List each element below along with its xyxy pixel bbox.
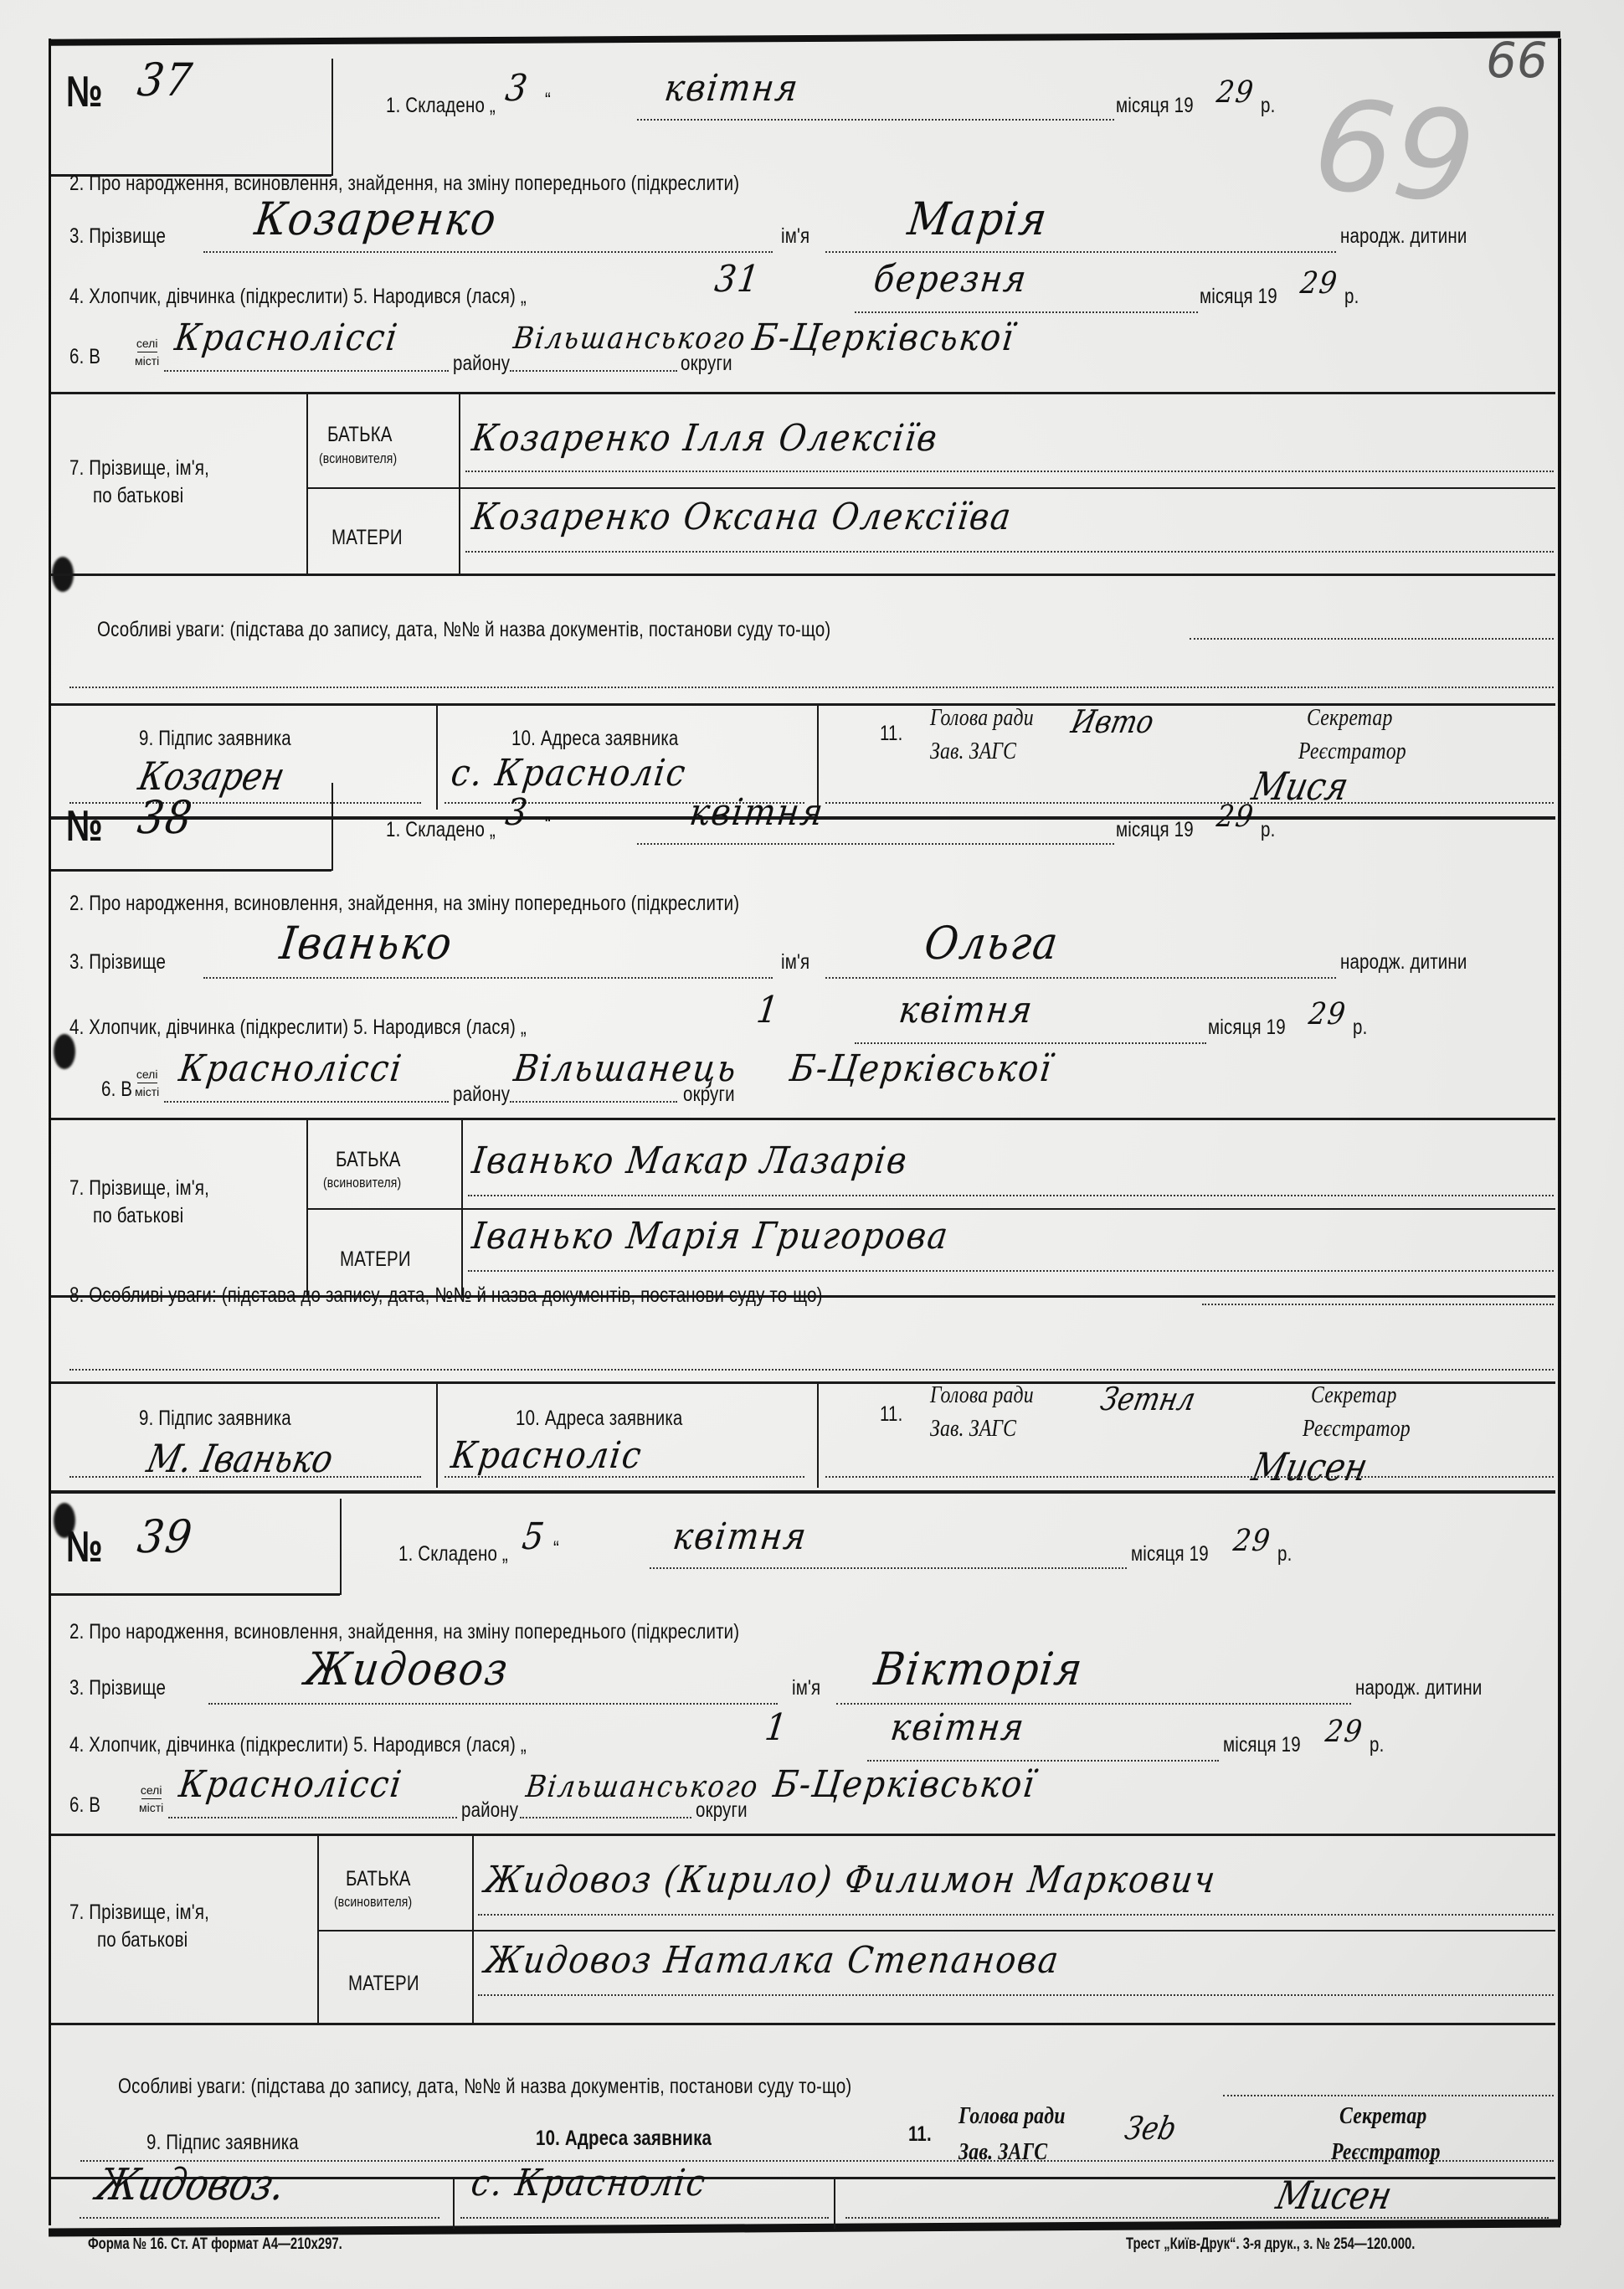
- record-number-sign: №: [66, 67, 102, 117]
- applicant-address: Красноліс: [449, 1434, 645, 1477]
- dotted-line: [164, 370, 449, 372]
- notes-label: 8. Особливі уваги: (підстава до запису, …: [69, 1283, 823, 1308]
- sex-birthdate-label: 4. Хлопчик, дівчинка (підкреслити) 5. На…: [69, 285, 527, 309]
- dotted-line: [460, 2217, 829, 2219]
- parents-divider: [306, 394, 308, 574]
- okrug-label: округи: [683, 1083, 735, 1107]
- village-value: Красноліссі: [177, 1763, 405, 1806]
- item-11-label: 11.: [908, 2122, 932, 2147]
- parents-label-line2: по батькові: [93, 484, 183, 508]
- secretary-label: Секретар: [1339, 2103, 1426, 2130]
- district-label: району: [453, 352, 510, 376]
- okrug-value: Б-Церківської: [771, 1763, 1038, 1806]
- record-39: № 39 1. Складено „ 5 “ квітня місяця 19 …: [51, 1499, 1555, 2227]
- compiled-month: квітня: [662, 67, 801, 110]
- year-suffix: р.: [1353, 1016, 1367, 1040]
- notes-line: [69, 1369, 1554, 1371]
- compiled-label: 1. Складено „: [398, 1542, 508, 1566]
- item-11-label: 11.: [880, 722, 902, 746]
- footer-divider: [453, 2178, 455, 2229]
- record-number-sign: №: [66, 1522, 102, 1572]
- record-number: 38: [135, 791, 196, 844]
- birth-month: квітня: [897, 989, 1036, 1031]
- registration-type-label: 2. Про народження, всиновлення, знайденн…: [69, 892, 739, 916]
- parents-divider: [459, 394, 460, 574]
- birth-day: 31: [712, 258, 763, 301]
- year-suffix: р.: [1261, 818, 1275, 842]
- dotted-line: [637, 843, 1114, 845]
- born-child-label: народж. дитини: [1340, 224, 1467, 249]
- dotted-line: [650, 1567, 1127, 1569]
- applicant-signature-label: 9. Підпис заявника: [146, 2131, 299, 2155]
- form-number-footer: Форма № 16. Ст. АТ формат А4—210х297.: [88, 2235, 342, 2254]
- mother-name: Іванько Марія Григорова: [470, 1215, 952, 1258]
- compiled-year: 29: [1231, 1524, 1273, 1558]
- name-label: ім'я: [781, 950, 809, 975]
- registrar-label: Реєстратор: [1331, 2139, 1441, 2166]
- parents-label-line2: по батькові: [93, 1204, 183, 1228]
- in-label: 6. В: [101, 1078, 132, 1102]
- quote: “: [545, 89, 551, 113]
- compiled-label: 1. Складено „: [386, 818, 496, 842]
- row-divider: [317, 1930, 1555, 1932]
- sex-birthdate-label: 4. Хлопчик, дівчинка (підкреслити) 5. На…: [69, 1016, 527, 1040]
- section-divider: [51, 574, 1555, 576]
- secretary-label: Секретар: [1307, 705, 1393, 732]
- dotted-line: [69, 1476, 421, 1478]
- birth-day: 1: [754, 989, 782, 1031]
- mother-label: МАТЕРИ: [331, 526, 403, 550]
- applicant-address-label: 10. Адреса заявника: [511, 727, 678, 751]
- dotted-line: [855, 311, 1198, 313]
- dotted-line: [468, 1270, 1554, 1272]
- okrug-label: округи: [681, 352, 732, 376]
- name-label: ім'я: [781, 224, 809, 249]
- child-surname: Жидовоз: [302, 1643, 512, 1695]
- father-name: Іванько Макар Лазарів: [470, 1139, 911, 1182]
- in-label: 6. В: [69, 1793, 100, 1818]
- record-separator: [51, 1490, 1555, 1494]
- compiled-year: 29: [1215, 800, 1257, 834]
- zags-head-label: Зав. ЗАГС: [930, 1416, 1016, 1443]
- dotted-line: [465, 551, 1554, 553]
- year-suffix: р.: [1344, 285, 1359, 309]
- dotted-line: [825, 977, 1336, 979]
- dotted-line: [468, 1195, 1554, 1196]
- dotted-line: [510, 1101, 677, 1103]
- notes-label: Особливі уваги: (підстава до запису, дат…: [97, 618, 830, 642]
- village-value: Красноліссі: [172, 316, 401, 359]
- born-child-label: народж. дитини: [1340, 950, 1467, 975]
- village-city-fraction: селімісті: [139, 1783, 163, 1814]
- dotted-line: [1190, 638, 1554, 640]
- father-name: Жидовоз (Кирило) Филимон Маркович: [482, 1859, 1219, 1901]
- section-divider: [51, 1118, 1555, 1120]
- applicant-address: с. Красноліс: [469, 2162, 709, 2204]
- dotted-line: [836, 1703, 1351, 1705]
- dotted-line: [867, 1760, 1219, 1762]
- registrar-signature: Мисен: [1272, 2173, 1395, 2218]
- record-number-sign: №: [66, 801, 102, 851]
- dotted-line: [637, 119, 1114, 121]
- mother-label: МАТЕРИ: [348, 1972, 419, 1996]
- surname-label: 3. Прізвище: [69, 224, 166, 249]
- head-council-label: Голова ради: [958, 2103, 1066, 2130]
- section-divider: [51, 1834, 1555, 1836]
- child-surname: Іванько: [277, 917, 456, 970]
- record-number: 37: [135, 54, 196, 106]
- document-page: 69 66 № 37 1. Складено „ 3 “ квітня міся…: [0, 0, 1624, 2289]
- district-value: Вільшанського: [511, 321, 748, 356]
- dotted-line: [825, 251, 1336, 253]
- dotted-line: [168, 1817, 457, 1818]
- footer-divider: [834, 2178, 835, 2229]
- mother-name: Козаренко Оксана Олексіїва: [470, 496, 1015, 538]
- dotted-line: [845, 2217, 1549, 2219]
- sex-birthdate-label: 4. Хлопчик, дівчинка (підкреслити) 5. На…: [69, 1733, 527, 1757]
- adopter-label: (всиновителя): [323, 1175, 401, 1191]
- number-box-divider: [331, 783, 333, 871]
- compiled-year: 29: [1215, 75, 1257, 110]
- row-divider: [306, 1208, 1555, 1210]
- father-label: БАТЬКА: [327, 423, 393, 447]
- zags-head-label: Зав. ЗАГС: [930, 738, 1016, 765]
- zags-head-label: Зав. ЗАГС: [958, 2139, 1047, 2166]
- month-year-label: місяця 19: [1208, 1016, 1286, 1040]
- applicant-signature: Жидовоз.: [92, 2160, 290, 2210]
- month-year-label: місяця 19: [1131, 1542, 1209, 1566]
- child-first-name: Ольга: [922, 917, 1062, 970]
- number-box-divider: [331, 59, 333, 176]
- mother-label: МАТЕРИ: [340, 1247, 411, 1272]
- dotted-line: [478, 1914, 1554, 1916]
- child-first-name: Вікторія: [871, 1643, 1087, 1695]
- month-year-label: місяця 19: [1223, 1733, 1301, 1757]
- birth-day: 1: [763, 1706, 790, 1749]
- head-signature: Зеb: [1122, 2110, 1179, 2147]
- row-divider: [306, 487, 1555, 489]
- head-council-label: Голова ради: [930, 1382, 1034, 1409]
- birth-month: квітня: [888, 1706, 1027, 1749]
- village-city-fraction: селімісті: [135, 1067, 159, 1098]
- head-council-label: Голова ради: [930, 705, 1034, 732]
- father-label: БАТЬКА: [346, 1867, 411, 1891]
- footer-divider: [817, 1383, 819, 1488]
- year-suffix: р.: [1277, 1542, 1292, 1566]
- year-suffix: р.: [1370, 1733, 1384, 1757]
- compiled-day: 3: [503, 791, 531, 834]
- okrug-value: Б-Церківської: [788, 1047, 1055, 1090]
- birth-year: 29: [1307, 997, 1349, 1031]
- district-label: району: [461, 1798, 518, 1823]
- dotted-line: [1202, 1304, 1554, 1305]
- compiled-month: квітня: [687, 791, 826, 834]
- birth-year: 29: [1298, 266, 1340, 301]
- in-label: 6. В: [69, 345, 100, 369]
- dotted-line: [208, 1703, 778, 1705]
- quote: “: [545, 813, 551, 837]
- registrar-signature: Мисен: [1248, 1444, 1371, 1489]
- printer-footer: Трест „Київ-Друк“. 3-я друк., з. № 254—1…: [1126, 2235, 1415, 2254]
- okrug-value: Б-Церківської: [750, 316, 1017, 359]
- registrar-label: Реєстратор: [1303, 1416, 1411, 1443]
- number-box-bottom: [51, 869, 331, 872]
- surname-label: 3. Прізвище: [69, 1676, 166, 1700]
- village-city-fraction: селімісті: [135, 337, 159, 368]
- month-year-label: місяця 19: [1116, 818, 1194, 842]
- item-11-label: 11.: [880, 1402, 902, 1427]
- district-label: району: [453, 1083, 510, 1107]
- record-number: 39: [135, 1510, 196, 1563]
- month-year-label: місяця 19: [1200, 285, 1277, 309]
- compiled-day: 3: [503, 67, 531, 110]
- registrar-label: Реєстратор: [1298, 738, 1406, 765]
- notes-label: Особливі уваги: (підстава до запису, дат…: [118, 2075, 851, 2099]
- dotted-line: [164, 1101, 449, 1103]
- section-divider: [51, 392, 1555, 394]
- adopter-label: (всиновителя): [334, 1894, 412, 1911]
- head-signature: Зетнл: [1097, 1381, 1199, 1417]
- dotted-line: [478, 1994, 1554, 1996]
- registration-type-label: 2. Про народження, всиновлення, знайденн…: [69, 1620, 739, 1644]
- dotted-line: [855, 1042, 1206, 1044]
- applicant-signature: М. Іванько: [143, 1436, 337, 1481]
- parents-divider: [461, 1119, 463, 1295]
- birth-year: 29: [1323, 1715, 1365, 1749]
- mother-name: Жидовоз Наталка Степанова: [482, 1939, 1062, 1982]
- dotted-line: [445, 1476, 804, 1478]
- child-first-name: Марія: [905, 193, 1051, 245]
- compiled-label: 1. Складено „: [386, 94, 496, 118]
- head-signature: Ивто: [1068, 703, 1157, 740]
- section-divider: [51, 2023, 1555, 2025]
- dotted-line: [80, 2217, 439, 2219]
- parents-label: 7. Прізвище, ім'я,: [69, 456, 209, 481]
- dotted-line: [825, 1476, 1554, 1478]
- record-37: № 37 1. Складено „ 3 “ квітня місяця 19 …: [51, 42, 1555, 779]
- parents-label: 7. Прізвище, ім'я,: [69, 1176, 209, 1201]
- record-38: № 38 1. Складено „ 3 “ квітня місяця 19 …: [51, 783, 1555, 1499]
- father-label: БАТЬКА: [336, 1148, 401, 1172]
- secretary-label: Секретар: [1311, 1382, 1397, 1409]
- number-box-divider: [340, 1499, 342, 1595]
- dotted-line: [510, 370, 677, 372]
- applicant-address-label: 10. Адреса заявника: [536, 2127, 712, 2151]
- surname-label: 3. Прізвище: [69, 950, 166, 975]
- parents-label-line2: по батькові: [97, 1928, 188, 1952]
- compiled-month: квітня: [671, 1515, 809, 1558]
- dotted-line: [1223, 2095, 1554, 2096]
- dotted-line: [203, 251, 773, 253]
- dotted-line: [203, 977, 773, 979]
- dotted-line: [520, 1817, 691, 1818]
- applicant-signature-label: 9. Підпис заявника: [139, 1407, 291, 1431]
- dotted-line: [465, 471, 1554, 472]
- notes-line: [69, 687, 1554, 688]
- year-suffix: р.: [1261, 94, 1275, 118]
- child-surname: Козаренко: [252, 193, 501, 245]
- compiled-day: 5: [520, 1515, 547, 1558]
- name-label: ім'я: [792, 1676, 820, 1700]
- month-year-label: місяця 19: [1116, 94, 1194, 118]
- quote: “: [553, 1537, 559, 1561]
- birth-month: березня: [871, 258, 1030, 301]
- parents-divider: [306, 1119, 308, 1295]
- okrug-label: округи: [696, 1798, 748, 1823]
- applicant-signature-label: 9. Підпис заявника: [139, 727, 291, 751]
- born-child-label: народж. дитини: [1355, 1676, 1482, 1700]
- parents-label: 7. Прізвище, ім'я,: [69, 1901, 209, 1925]
- number-box-bottom: [51, 1593, 340, 1596]
- adopter-label: (всиновителя): [319, 450, 397, 467]
- footer-divider: [436, 1383, 438, 1488]
- applicant-address-label: 10. Адреса заявника: [516, 1407, 682, 1431]
- village-value: Красноліссі: [177, 1047, 405, 1090]
- father-name: Козаренко Ілля Олексіїв: [470, 417, 941, 460]
